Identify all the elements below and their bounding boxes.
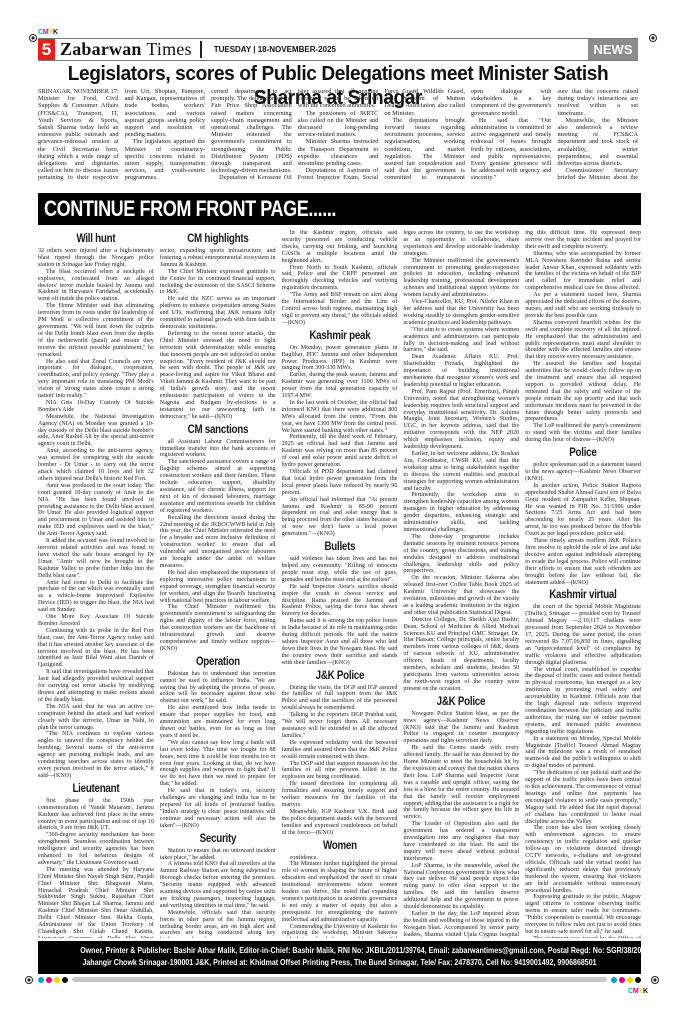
continued-stories: Will hunt 32 others were injured after a… (38, 230, 641, 938)
magenta-dot (46, 977, 52, 983)
subhead-will-hunt: Will hunt (47, 232, 145, 246)
registration-mark-bottom-right (651, 976, 659, 984)
subhead-operation: Operation (168, 655, 266, 669)
subhead-police: Police (534, 446, 632, 460)
imprint-line-1: Owner, Printer & Publisher: Bashir Athar… (80, 945, 599, 957)
masthead: 5 Zabarwan Times TUESDAY | 18-NOVEMBER-2… (38, 38, 638, 61)
continue-banner: CONTINUE FROM FRONT PAGE...... (38, 193, 641, 225)
registration-mark-top-left (29, 34, 37, 42)
continued-col-4: leges across the country, to use the wor… (403, 230, 519, 938)
black-dot (62, 977, 68, 983)
yellow-dot (54, 977, 60, 983)
lead-col-4: ister assured that all genuine concerns … (298, 88, 379, 182)
subhead-kashmir-virtual: Kashmir virtual (534, 588, 632, 602)
page-number: 5 (38, 39, 55, 60)
cyan-dot (611, 977, 617, 983)
continued-col-5: ing this difficult time. He expressed de… (525, 230, 641, 938)
registration-mark-top-right (649, 34, 657, 42)
subhead-cm-sanctions: CM sanctions (168, 423, 266, 437)
lead-col-2: from Uri, Shopian, Pampore, and Kangan, … (125, 88, 206, 182)
lead-col-3: cerned departments to act promptly. The … (211, 88, 292, 182)
subhead-bullets: Bullets (290, 540, 388, 554)
lead-col-7: sure that the concerns raised during tod… (557, 88, 638, 182)
black-dot (635, 977, 641, 983)
lead-col-1: SRINAGAR, NOVEMBER 17: Minister for Food… (38, 88, 119, 182)
registration-mark-bottom-left (25, 976, 33, 984)
color-calibration-bar (38, 976, 641, 983)
continued-col-3: In the Kashmir region, officials said se… (282, 230, 398, 938)
imprint-footer: Owner, Printer & Publisher: Bashir Athar… (38, 941, 641, 974)
subhead-women: Women (290, 839, 388, 853)
section-tab-news: NEWS (588, 39, 638, 60)
continued-col-1: Will hunt 32 others were injured after a… (38, 230, 154, 938)
continued-col-2: CM highlights sector, expanding sports i… (160, 230, 276, 938)
subhead-jk-police: J&K Police (290, 669, 388, 683)
subhead-cm-highlights: CM highlights (168, 232, 266, 246)
issue-date: TUESDAY | 18-NOVEMBER-2025 (214, 45, 336, 54)
subhead-lieutenant: Lieutenant (47, 782, 145, 796)
subhead-jk-police-2: J&K Police (412, 695, 510, 709)
lead-col-5: Force Guard, Wildlife Guard, and Preside… (384, 88, 465, 182)
imprint-line-2: Jahangir Chowk Srinagar-190001 J&K, Prin… (80, 957, 599, 969)
cmyk-label-top: CMYK (38, 29, 58, 36)
magenta-dot (619, 977, 625, 983)
subhead-kashmir-peak: Kashmir peak (290, 329, 388, 343)
paper-name: Zabarwan Times (60, 39, 192, 60)
cyan-dot (38, 977, 44, 983)
header-divider (200, 41, 202, 58)
yellow-dot (627, 977, 633, 983)
subhead-security: Security (168, 832, 266, 846)
lead-story-body: SRINAGAR, NOVEMBER 17: Minister for Food… (38, 88, 638, 182)
cmyk-label-bottom: CMYK (628, 988, 648, 995)
lead-col-6: open dialogue with stakeholders is a key… (471, 88, 552, 182)
gray-bar (72, 977, 607, 982)
